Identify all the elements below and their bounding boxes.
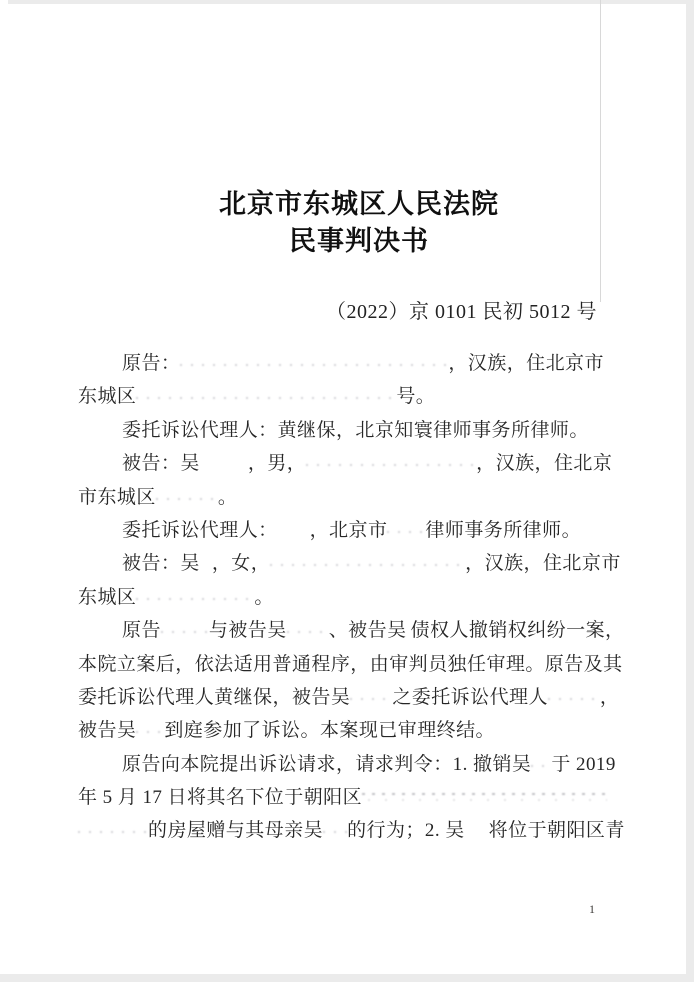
redaction-mark [306,457,476,469]
text-line: 东城区。 [78,581,638,614]
text-line: 原告：，汉族，住北京市 [78,347,638,380]
case-number: （2022）京 0101 民初 5012 号 [326,295,597,324]
text-line: 被告：吴，男，，汉族，住北京 [78,447,638,480]
document-body: 原告：，汉族，住北京市东城区号。委托诉讼代理人：黄继保，北京知寰律师事务所律师。… [78,347,638,848]
redaction-mark [387,524,425,536]
text-line: 委托诉讼代理人：，北京市律师事务所律师。 [78,514,638,547]
text-segment: 本院立案后，依法适用普通程序，由审判员独任审理。原告及其 [78,654,623,675]
redaction-mark [362,791,607,803]
text-segment: 的行为；2. 吴 [347,820,465,841]
text-segment: 号。 [396,386,435,407]
text-segment: 原告： [122,353,180,374]
text-segment: 债权人撤销权纠纷一案， [411,620,625,641]
text-segment: 年 5 月 17 日将其名下位于朝阳区 [78,787,362,808]
document-title: 北京市东城区人民法院 民事判决书 [0,186,694,260]
text-segment: ，汉族，住北京市 [448,353,604,374]
redaction-mark [278,524,310,536]
redaction-mark [548,691,600,703]
text-segment: ，汉族，住北京市 [465,553,621,574]
text-segment: 到庭参加了诉讼。本案现已审理终结。 [164,720,495,741]
redaction-mark [270,557,465,569]
document-type: 民事判决书 [24,223,694,260]
text-segment: 与被告吴 [209,620,287,641]
text-line: 原告向本院提出诉讼请求，请求判令：1. 撤销吴于 2019 [78,748,638,781]
redaction-mark [136,591,254,603]
text-segment: 、被告吴 [329,620,407,641]
text-segment: 原告向本院提出诉讼请求，请求判令：1. 撤销吴 [122,754,531,775]
text-line: 委托诉讼代理人黄继保，被告吴之委托诉讼代理人， [78,681,638,714]
court-name: 北京市东城区人民法院 [24,186,694,223]
scan-edge-top [8,0,694,4]
text-segment: 将位于朝阳区青 [489,820,625,841]
redaction-mark [78,824,148,836]
text-segment: 。 [218,487,237,508]
redaction-mark [465,824,489,836]
text-segment: 原告 [122,620,161,641]
text-segment: 被告吴 [78,720,136,741]
redaction-mark [136,724,164,736]
text-segment: 于 2019 [551,754,615,775]
text-line: 年 5 月 17 日将其名下位于朝阳区 [78,781,638,814]
redaction-mark [200,557,212,569]
redaction-mark [200,457,248,469]
text-segment: 被告：吴 [122,453,200,474]
text-segment: 的房屋赠与其母亲吴 [148,820,323,841]
text-segment: 委托诉讼代理人：黄继保，北京知寰律师事务所律师。 [122,420,589,441]
text-line: 的房屋赠与其母亲吴的行为；2. 吴将位于朝阳区青 [78,814,638,847]
scan-edge-bottom [0,974,694,982]
redaction-mark [531,758,551,770]
redaction-mark [180,357,448,369]
text-line: 原告与被告吴、被告吴债权人撤销权纠纷一案， [78,614,638,647]
text-segment: ，男， [248,453,306,474]
page-number: 1 [589,902,595,917]
text-segment: 委托诉讼代理人： [122,520,278,541]
redaction-mark [156,491,218,503]
text-line: 委托诉讼代理人：黄继保，北京知寰律师事务所律师。 [78,414,638,447]
text-segment: 被告：吴 [122,553,200,574]
text-segment: ， [600,687,619,708]
redaction-mark [350,691,392,703]
text-line: 市东城区。 [78,481,638,514]
text-line: 被告：吴，女，，汉族，住北京市 [78,547,638,580]
redaction-mark [287,624,329,636]
redaction-mark [161,624,209,636]
text-segment: ，汉族，住北京 [476,453,612,474]
text-segment: 。 [254,587,273,608]
text-line: 本院立案后，依法适用普通程序，由审判员独任审理。原告及其 [78,648,638,681]
text-segment: ，北京市 [310,520,388,541]
text-segment: ，女， [212,553,270,574]
text-segment: 东城区 [78,587,136,608]
redaction-mark [136,390,396,402]
text-segment: 委托诉讼代理人黄继保，被告吴 [78,687,350,708]
scan-edge-right [686,0,694,982]
document-page: 北京市东城区人民法院 民事判决书 （2022）京 0101 民初 5012 号 … [0,0,694,982]
text-segment: 东城区 [78,386,136,407]
text-segment: 律师事务所律师。 [425,520,581,541]
text-segment: 市东城区 [78,487,156,508]
text-line: 被告吴到庭参加了诉讼。本案现已审理终结。 [78,714,638,747]
text-segment: 之委托诉讼代理人 [392,687,548,708]
redaction-mark [323,824,347,836]
text-line: 东城区号。 [78,380,638,413]
